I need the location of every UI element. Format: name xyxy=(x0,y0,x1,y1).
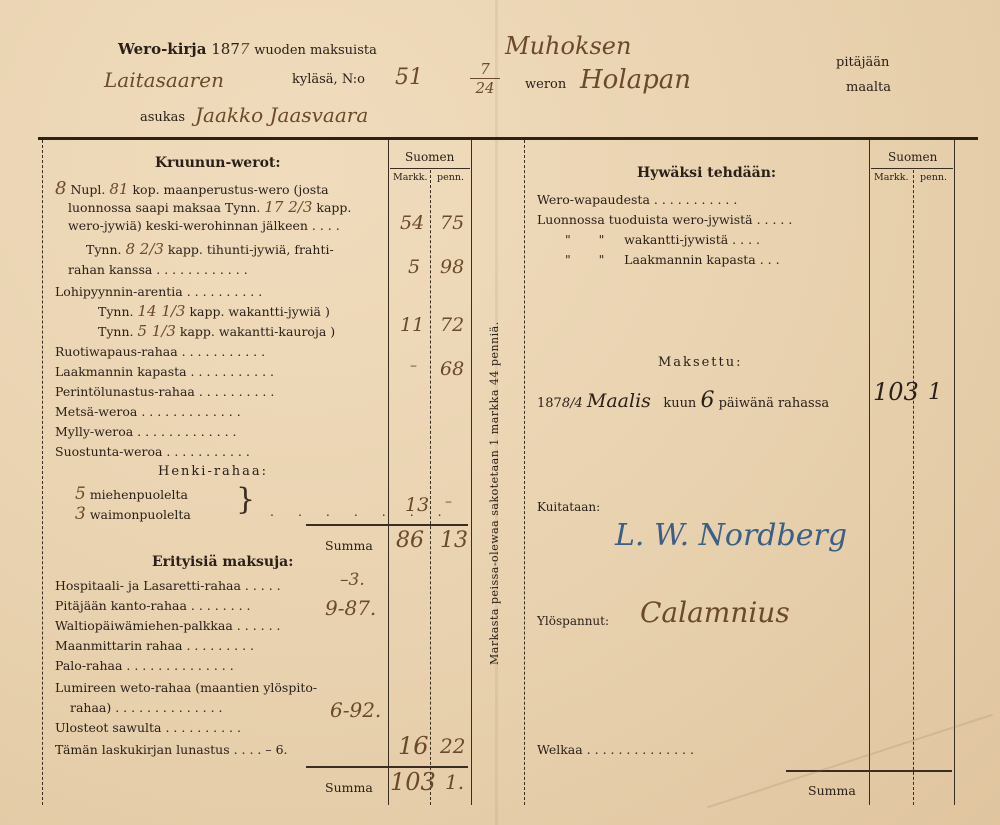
amount-markka: 13 xyxy=(405,494,429,516)
right-col-header: Suomen xyxy=(888,150,937,164)
row-pitajaan-kanto: Pitäjään kanto-rahaa . . . . . . . . xyxy=(55,598,251,613)
row-rahan-kanssa: rahan kanssa . . . . . . . . . . . . xyxy=(68,262,248,277)
amount-penni: 22 xyxy=(440,734,465,758)
right-col-divider-2 xyxy=(913,170,915,805)
amount-markka: 54 xyxy=(400,212,424,234)
row-palo-rahaa: Palo-rahaa . . . . . . . . . . . . . . xyxy=(55,658,234,673)
inline-amount: 6-92. xyxy=(330,698,381,722)
doc-title-line: Wero-kirja 1877 wuoden maksuista xyxy=(118,40,377,58)
row-rahaa: rahaa) . . . . . . . . . . . . . . xyxy=(70,700,223,715)
row-lumireen: Lumireen weto-rahaa (maantien ylöspito- xyxy=(55,680,317,695)
row-maanperustus: 8 Nupl. 81 kop. maanperustus-wero (josta xyxy=(55,178,329,199)
right-col-header-rule xyxy=(871,168,953,169)
paid-suffix: päiwänä rahassa xyxy=(719,396,830,411)
amount-penni: 72 xyxy=(440,314,464,336)
row-luonnossa: luonnossa saapi maksaa Tynn. 17 2/3 kapp… xyxy=(68,198,351,216)
row-miehenpuolelta: 5 miehenpuolelta xyxy=(75,484,188,504)
farm-handwritten: Holapan xyxy=(580,65,691,95)
resident-name: Jaakko Jaasvaara xyxy=(195,103,368,127)
land-label: maalta xyxy=(846,80,891,95)
summa-rule xyxy=(306,766,468,768)
amount-penni: 75 xyxy=(440,212,464,234)
left-border xyxy=(42,140,44,805)
amount-markka: 5 xyxy=(408,256,420,278)
row-ulosteot: Ulosteot sawulta . . . . . . . . . . xyxy=(55,720,241,735)
paid-year-printed: 187 xyxy=(537,396,562,411)
left-col-markka: Markk. xyxy=(393,172,427,183)
parish-label: pitäjään xyxy=(836,55,889,70)
vertical-penalty-note: Markasta peissa-olewaa sakotetaan 1 mark… xyxy=(488,321,501,665)
row-waimonpuolelta: 3 waimonpuolelta xyxy=(75,504,191,524)
paid-day: 6 xyxy=(700,388,714,413)
right-border xyxy=(524,140,526,805)
header-rule xyxy=(38,137,978,140)
row-metsa-weroa: Metsä-weroa . . . . . . . . . . . . . xyxy=(55,404,241,419)
weron-label: weron xyxy=(525,77,566,92)
row-perintolunastus: Perintölunastus-rahaa . . . . . . . . . … xyxy=(55,384,274,399)
maksettu-title: Maksettu: xyxy=(658,355,743,370)
summa-label: Summa xyxy=(325,538,373,553)
summa-penni: 1. xyxy=(445,770,464,794)
row-laakmannin: Laakmannin kapasta . . . . . . . . . . . xyxy=(55,364,274,379)
summa-label: Summa xyxy=(808,783,856,798)
right-col-penni: penn. xyxy=(920,172,947,183)
left-col-divider-3 xyxy=(471,140,472,805)
left-col-divider-1 xyxy=(388,140,389,805)
village-label: kyläsä, N:o xyxy=(292,72,365,87)
amount-penni: – xyxy=(445,494,452,510)
row-maanmittarin: Maanmittarin rahaa . . . . . . . . . xyxy=(55,638,254,653)
row-mylly-weroa: Mylly-weroa . . . . . . . . . . . . . xyxy=(55,424,237,439)
tax-receipt-document: Wero-kirja 1877 wuoden maksuista Muhokse… xyxy=(0,0,1000,825)
left-col-header-rule xyxy=(390,168,470,169)
row-tihunti: Tynn. 8 2/3 kapp. tihunti-jywiä, frahti- xyxy=(86,240,334,258)
row-wero-jywia: wero-jywiä) keski-werohinnan jälkeen . .… xyxy=(68,218,340,233)
section-hywaksi-tehdaan: Hywäksi tehdään: xyxy=(637,165,776,181)
left-col-header: Suomen xyxy=(405,150,454,164)
paid-markka: 103 xyxy=(873,378,919,406)
row-wakantti-jywia: Tynn. 14 1/3 kapp. wakantti-jywiä ) xyxy=(98,302,330,320)
row-wero-wapaudesta: Wero-wapaudesta . . . . . . . . . . . xyxy=(537,192,737,207)
left-col-penni: penn. xyxy=(437,172,464,183)
ylospannut-label: Ylöspannut: xyxy=(537,614,609,628)
village-handwritten: Laitasaaren xyxy=(104,68,224,92)
section-erityisia-maksuja: Erityisiä maksuja: xyxy=(152,554,293,570)
row-suostunta-weroa: Suostunta-weroa . . . . . . . . . . . xyxy=(55,444,250,459)
paid-month: Maalis xyxy=(587,390,651,412)
summa-markka: 86 xyxy=(396,528,424,553)
kuun-label: kuun xyxy=(663,396,696,411)
inline-amount: –3. xyxy=(340,570,365,590)
after-year-label: wuoden maksuista xyxy=(254,43,377,58)
summa-label: Summa xyxy=(325,780,373,795)
row-welkaa: Welkaa . . . . . . . . . . . . . . xyxy=(537,742,694,757)
section-henki-rahaa: Henki-rahaa: xyxy=(158,464,268,479)
house-number: 51 xyxy=(395,65,423,90)
row-luonnossa-wero-jywista: Luonnossa tuoduista wero-jywistä . . . .… xyxy=(537,212,792,227)
year-hand: 7 xyxy=(240,40,250,58)
paid-year-hand: 8/4 xyxy=(562,396,583,411)
paid-penni: 1 xyxy=(928,380,942,405)
brace: } xyxy=(236,482,255,517)
summa-penni: 13 xyxy=(440,528,468,553)
row-ruotiwapaus: Ruotiwapaus-rahaa . . . . . . . . . . . xyxy=(55,344,265,359)
doc-title: Wero-kirja xyxy=(118,40,206,58)
summa-markka: 103 xyxy=(390,768,436,796)
amount-penni: 98 xyxy=(440,256,464,278)
share-fraction: 7 24 xyxy=(470,60,500,97)
kuitataan-signature: L. W. Nordberg xyxy=(615,518,847,553)
left-col-divider-2 xyxy=(430,170,432,805)
row-hospitaali: Hospitaali- ja Lasaretti-rahaa . . . . . xyxy=(55,578,281,593)
row-wakantti-kauroja: Tynn. 5 1/3 kapp. wakantti-kauroja ) xyxy=(98,322,335,340)
row-laakmannin-kapasta: " " Laakmannin kapasta . . . xyxy=(565,252,780,267)
payment-line: 1878/4 Maalis kuun 6 päiwänä rahassa xyxy=(537,388,829,413)
ylospannut-signature: Calamnius xyxy=(640,596,790,629)
resident-label: asukas xyxy=(140,110,185,125)
right-col-markka: Markk. xyxy=(874,172,908,183)
year-printed: 187 xyxy=(211,40,240,58)
summa-rule xyxy=(306,524,468,526)
right-col-divider-1 xyxy=(869,140,870,805)
parish-handwritten: Muhoksen xyxy=(505,32,631,60)
amount-markka: – xyxy=(410,358,417,374)
kuitataan-label: Kuitataan: xyxy=(537,500,600,514)
amount-markka: 16 xyxy=(398,732,429,760)
amount-penni: 68 xyxy=(440,358,464,380)
inline-amount: 9-87. xyxy=(325,596,376,620)
row-waltiopaiwamiehen: Waltiopäiwämiehen-palkkaa . . . . . . xyxy=(55,618,281,633)
section-kruunun-werot: Kruunun-werot: xyxy=(155,155,281,171)
amount-markka: 11 xyxy=(400,314,424,336)
row-lohipyynnin: Lohipyynnin-arentia . . . . . . . . . . xyxy=(55,284,262,299)
right-col-divider-3 xyxy=(954,140,955,805)
row-lunastus: Tämän laskukirjan lunastus . . . . – 6. xyxy=(55,742,288,757)
row-wakantti-jywista: " " wakantti-jywistä . . . . xyxy=(565,232,760,247)
